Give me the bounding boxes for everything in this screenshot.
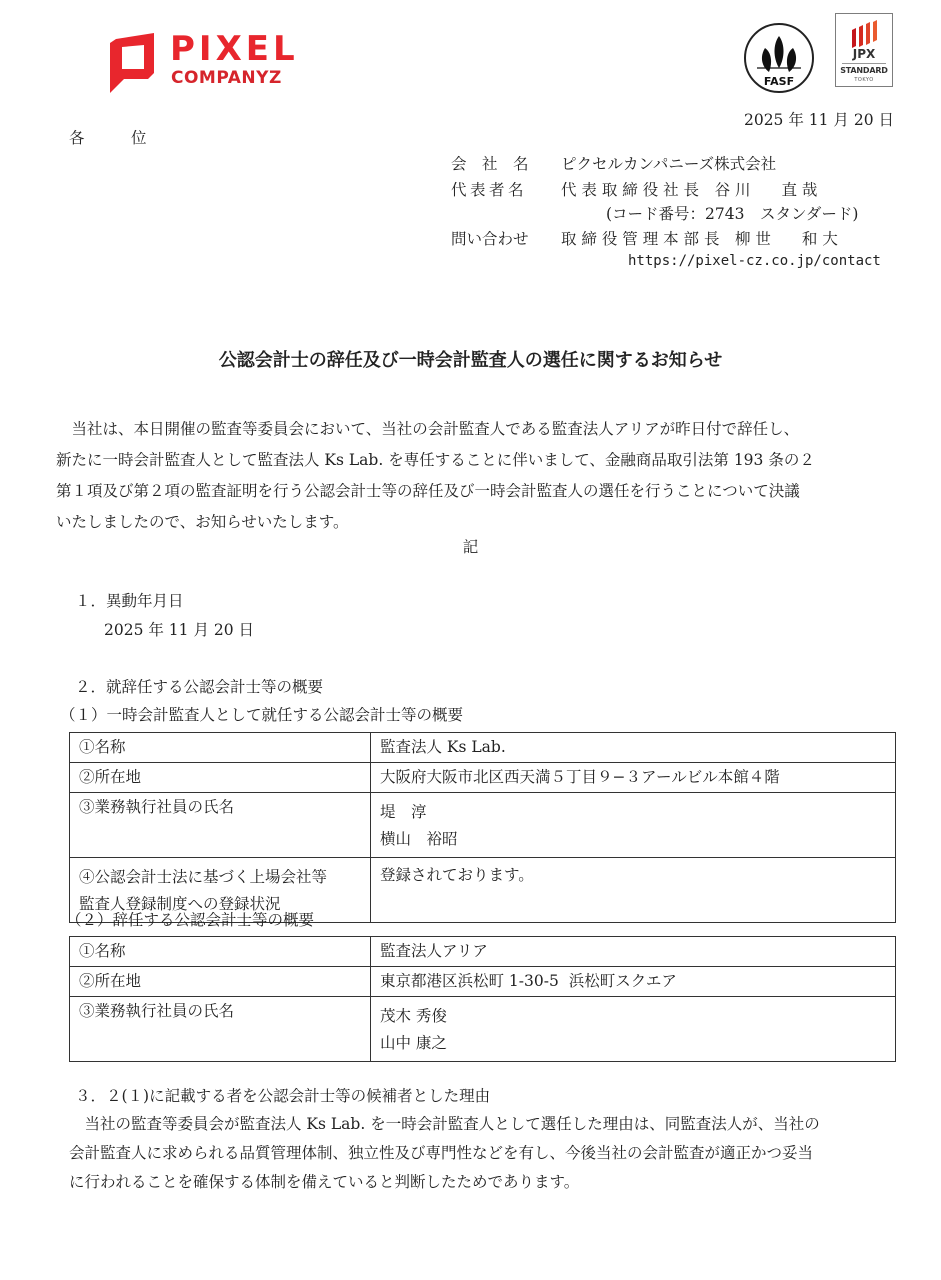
ki-marker: 記	[0, 535, 941, 557]
document-date: 2025 年 11 月 20 日	[744, 113, 894, 129]
table-value: 大阪府大阪市北区西天満５丁目９−３アールビル本館４階	[371, 763, 896, 793]
table-label: ③業務執行社員の氏名	[70, 997, 371, 1062]
contact-url-link[interactable]: https://pixel-cz.co.jp/contact	[628, 253, 881, 269]
intro-paragraph: 当社は、本日開催の監査等委員会において、当社の会計監査人である監査法人アリアが昨…	[56, 414, 898, 538]
intro-line: 新たに一時会計監査人として監査法人 Ks Lab. を専任することに伴いまして、…	[56, 445, 898, 476]
table-value: 監査法人 Ks Lab.	[371, 733, 896, 763]
company-logo: PIXEL COMPANYZ	[108, 33, 298, 95]
table-value: 東京都港区浜松町 1-30-5 浜松町スクエア	[371, 967, 896, 997]
jpx-standard-badge: JPX STANDARD TOKYO	[835, 13, 893, 87]
intro-line: いたしましたので、お知らせいたします。	[56, 507, 898, 538]
info-value-contact: 取 締 役 管 理 本 部 長 柳 世 和 大	[561, 227, 838, 249]
logo-text-pixel: PIXEL	[170, 29, 299, 69]
table-value: 監査法人アリア	[371, 937, 896, 967]
jpx-bars-icon	[850, 20, 880, 48]
page-title: 公認会計士の辞任及び一時会計監査人の選任に関するお知らせ	[0, 346, 941, 372]
table-row: ①名称 監査法人アリア	[70, 937, 896, 967]
jpx-subtitle: STANDARD	[836, 66, 892, 75]
info-label-company: 会 社 名	[451, 152, 529, 174]
section-1-date: 2025 年 11 月 20 日	[104, 623, 254, 639]
intro-line: 当社は、本日開催の監査等委員会において、当社の会計監査人である監査法人アリアが昨…	[56, 414, 898, 445]
speech-bubble-square-icon	[108, 33, 156, 93]
table-label: ①名称	[70, 937, 371, 967]
section-3-paragraph: 当社の監査等委員会が監査法人 Ks Lab. を一時会計監査人として選任した理由…	[69, 1110, 899, 1197]
table-row: ③業務執行社員の氏名 堤 淳 横山 裕昭	[70, 793, 896, 858]
table-label: ②所在地	[70, 967, 371, 997]
partner-name: 横山 裕昭	[380, 826, 887, 853]
addressee: 各 位	[69, 131, 147, 147]
section-2-1-heading: （１）一時会計監査人として就任する公認会計士等の概要	[60, 708, 463, 724]
reason-line: に行われることを確保する体制を備えていると判断したためであります。	[69, 1168, 899, 1197]
fasf-badge: FASF	[743, 22, 815, 94]
section-2-2-heading: （２）辞任する公認会計士等の概要	[66, 913, 314, 929]
table-value: 茂木 秀俊 山中 康之	[371, 997, 896, 1062]
jpx-title: JPX	[836, 47, 892, 61]
table-label: ③業務執行社員の氏名	[70, 793, 371, 858]
section-1-heading: １．異動年月日	[75, 594, 184, 610]
info-value-company: ピクセルカンパニーズ株式会社	[561, 152, 776, 174]
table-row: ③業務執行社員の氏名 茂木 秀俊 山中 康之	[70, 997, 896, 1062]
partner-name: 茂木 秀俊	[380, 1000, 887, 1030]
fasf-leaf-icon: FASF	[743, 22, 815, 94]
table-row: ①名称 監査法人 Ks Lab.	[70, 733, 896, 763]
reason-line: 当社の監査等委員会が監査法人 Ks Lab. を一時会計監査人として選任した理由…	[69, 1110, 899, 1139]
reason-line: 会計監査人に求められる品質管理体制、独立性及び専門性などを有し、今後当社の会計監…	[69, 1139, 899, 1168]
intro-line: 第１項及び第２項の監査証明を行う公認会計士等の辞任及び一時会計監査人の選任を行う…	[56, 476, 898, 507]
svg-text:FASF: FASF	[764, 75, 794, 88]
info-label-representative: 代表者名	[451, 178, 527, 200]
logo-text-companyz: COMPANYZ	[171, 68, 282, 88]
partner-name: 山中 康之	[380, 1030, 887, 1057]
table-row: ②所在地 東京都港区浜松町 1-30-5 浜松町スクエア	[70, 967, 896, 997]
table-label: ①名称	[70, 733, 371, 763]
info-value-code: (コード番号：2743 スタンダード)	[606, 202, 858, 224]
outgoing-auditor-table: ①名称 監査法人アリア ②所在地 東京都港区浜松町 1-30-5 浜松町スクエア…	[69, 936, 896, 1062]
table-value: 堤 淳 横山 裕昭	[371, 793, 896, 858]
table-row: ②所在地 大阪府大阪市北区西天満５丁目９−３アールビル本館４階	[70, 763, 896, 793]
jpx-city: TOKYO	[836, 77, 892, 83]
section-3-heading: ３．２(１)に記載する者を公認会計士等の候補者とした理由	[75, 1089, 490, 1105]
section-2-heading: ２．就辞任する公認会計士等の概要	[75, 680, 323, 696]
incoming-auditor-table: ①名称 監査法人 Ks Lab. ②所在地 大阪府大阪市北区西天満５丁目９−３ア…	[69, 732, 896, 923]
info-value-representative: 代 表 取 締 役 社 長 谷 川 直 哉	[561, 178, 817, 200]
label-line: ④公認会計士法に基づく上場会社等	[79, 861, 362, 891]
table-label: ②所在地	[70, 763, 371, 793]
info-label-contact: 問い合わせ	[451, 227, 529, 249]
partner-name: 堤 淳	[380, 796, 887, 826]
table-value: 登録されております。	[371, 858, 896, 923]
jpx-divider	[842, 63, 886, 64]
